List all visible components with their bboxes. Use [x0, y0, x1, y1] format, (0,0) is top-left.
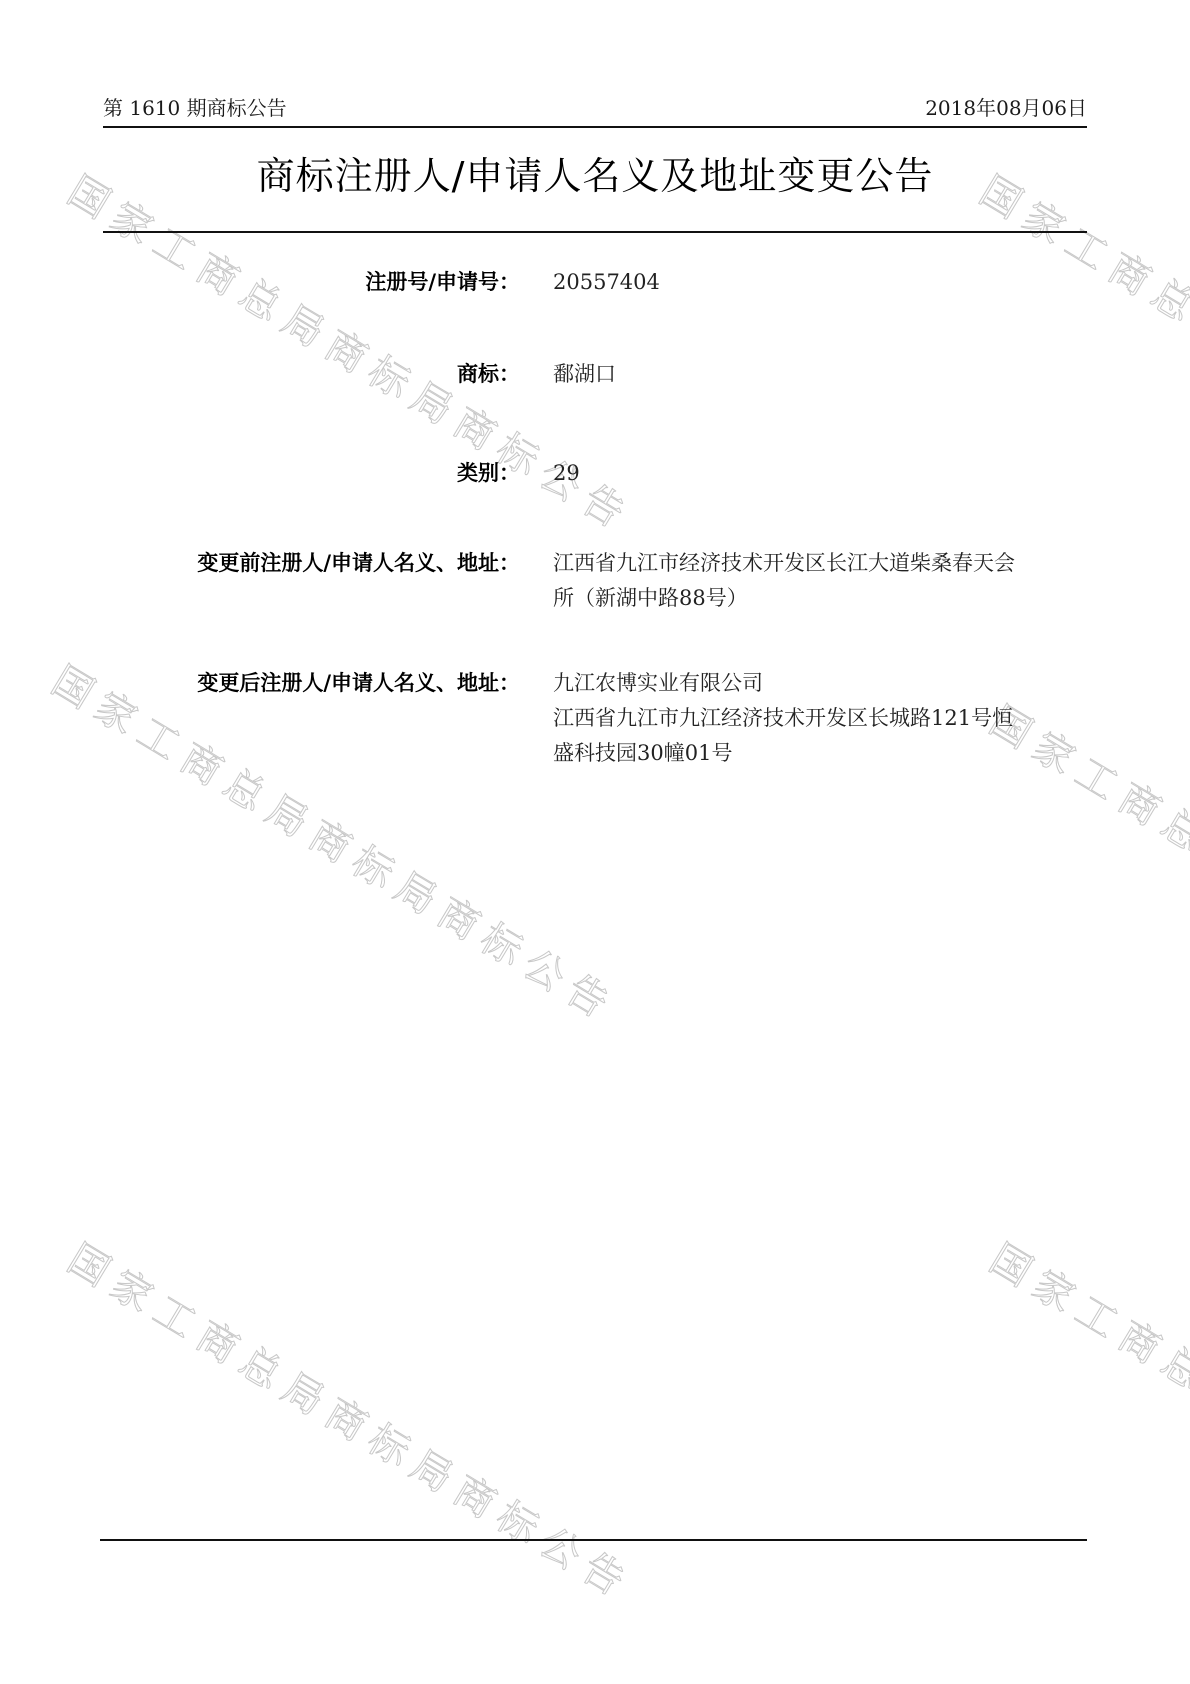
field-label: 注册号/申请号： — [365, 265, 520, 299]
field-label: 类别： — [457, 456, 520, 490]
page-title: 商标注册人/申请人名义及地址变更公告 — [103, 145, 1087, 200]
after-name-line: 九江农博实业有限公司 — [553, 666, 1083, 701]
document-page: 国家工商总局商标局商标公告 国家工商总局商标局商标公告 国家工商总局商标局商标公… — [0, 0, 1190, 1684]
watermark-text: 国家工商总局商标局商标公告 — [43, 650, 630, 1034]
before-address-line: 所（新湖中路88号） — [553, 581, 1083, 616]
watermark-text: 国家工商总局商标局商标公告 — [59, 1228, 646, 1612]
footer-divider — [100, 1539, 1087, 1541]
field-label: 变更前注册人/申请人名义、地址： — [197, 546, 520, 580]
trademark-value: 鄱湖口 — [553, 357, 1083, 392]
publication-date: 2018年08月06日 — [925, 92, 1087, 121]
after-address-line: 盛科技园30幢01号 — [553, 736, 1083, 771]
field-value: 九江农博实业有限公司 江西省九江市九江经济技术开发区长城路121号恒 盛科技园3… — [553, 666, 1083, 771]
before-address-line: 江西省九江市经济技术开发区长江大道柴桑春天会 — [553, 546, 1083, 581]
issue-number: 第 1610 期商标公告 — [103, 92, 287, 121]
field-value: 鄱湖口 — [553, 357, 1083, 392]
after-address-line: 江西省九江市九江经济技术开发区长城路121号恒 — [553, 701, 1083, 736]
running-header: 第 1610 期商标公告 2018年08月06日 — [103, 92, 1087, 122]
field-label: 商标： — [457, 357, 520, 391]
watermark-text: 国家工商总局商标局商标公告 — [981, 1228, 1190, 1612]
header-divider — [103, 126, 1087, 128]
title-divider — [103, 231, 1087, 233]
field-value: 29 — [553, 456, 1083, 491]
registration-number-value: 20557404 — [553, 265, 1083, 300]
field-value: 江西省九江市经济技术开发区长江大道柴桑春天会 所（新湖中路88号） — [553, 546, 1083, 616]
field-label: 变更后注册人/申请人名义、地址： — [197, 666, 520, 700]
class-value: 29 — [553, 456, 1083, 491]
field-value: 20557404 — [553, 265, 1083, 300]
